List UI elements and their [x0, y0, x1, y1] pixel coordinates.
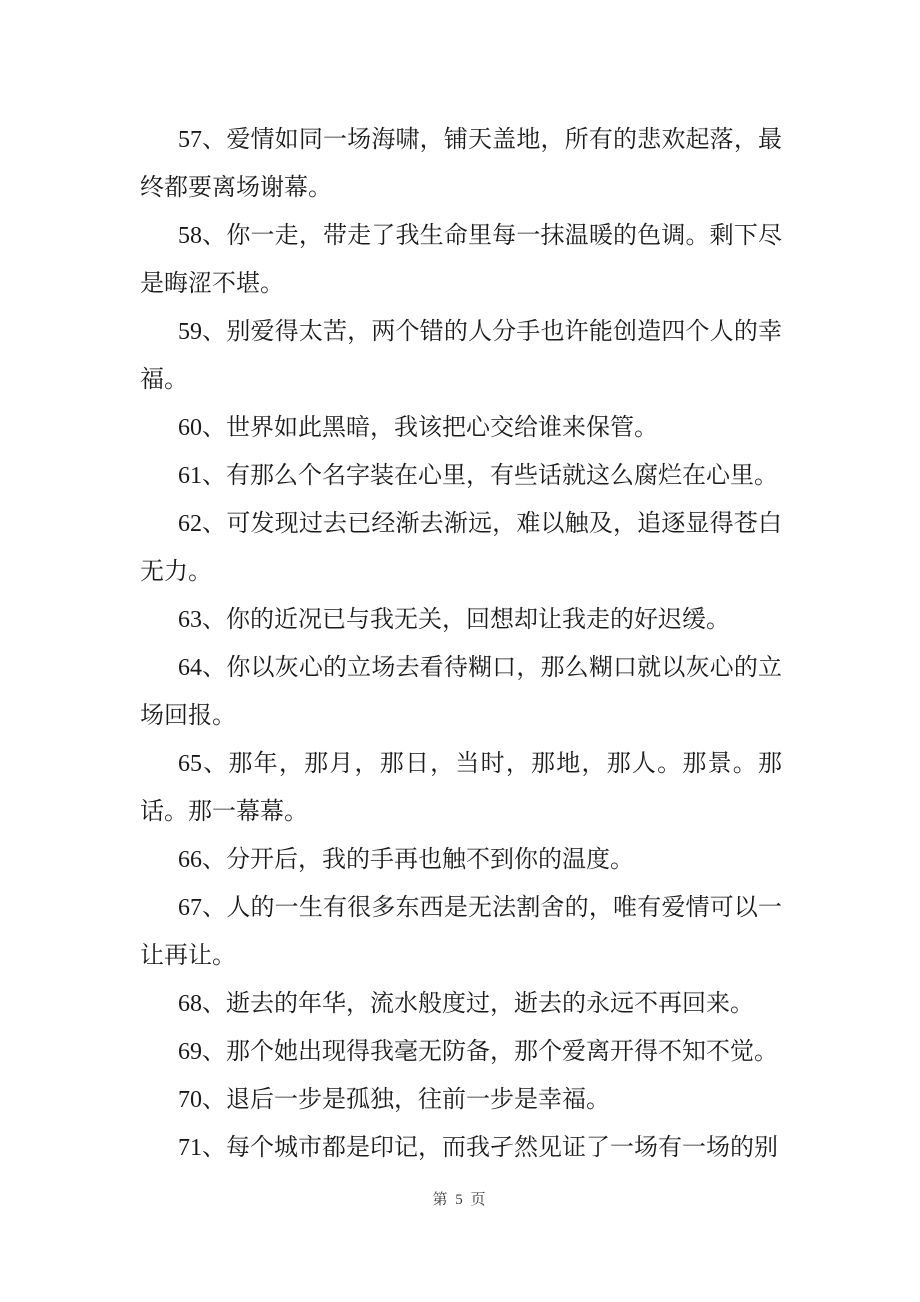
- quote-paragraph-71: 71、每个城市都是印记，而我孑然见证了一场有一场的别: [140, 1124, 782, 1172]
- quote-paragraph-67: 67、人的一生有很多东西是无法割舍的，唯有爱情可以一让再让。: [140, 884, 782, 980]
- quote-paragraph-65: 65、那年，那月，那日，当时，那地，那人。那景。那话。那一幕幕。: [140, 740, 782, 836]
- quote-paragraph-61: 61、有那么个名字装在心里，有些话就这么腐烂在心里。: [140, 452, 782, 500]
- quote-paragraph-64: 64、你以灰心的立场去看待糊口，那么糊口就以灰心的立场回报。: [140, 644, 782, 740]
- document-body: 57、爱情如同一场海啸，铺天盖地，所有的悲欢起落，最终都要离场谢幕。 58、你一…: [140, 116, 782, 1172]
- quote-paragraph-68: 68、逝去的年华，流水般度过，逝去的永远不再回来。: [140, 980, 782, 1028]
- page-number-label: 第 5 页: [432, 1192, 487, 1208]
- page-footer: 第 5 页: [0, 1190, 920, 1210]
- quote-paragraph-62: 62、可发现过去已经渐去渐远，难以触及，追逐显得苍白无力。: [140, 500, 782, 596]
- document-page: 57、爱情如同一场海啸，铺天盖地，所有的悲欢起落，最终都要离场谢幕。 58、你一…: [0, 0, 920, 1302]
- quote-paragraph-70: 70、退后一步是孤独，往前一步是幸福。: [140, 1076, 782, 1124]
- quote-paragraph-66: 66、分开后，我的手再也触不到你的温度。: [140, 836, 782, 884]
- quote-paragraph-69: 69、那个她出现得我毫无防备，那个爱离开得不知不觉。: [140, 1028, 782, 1076]
- quote-paragraph-58: 58、你一走，带走了我生命里每一抹温暖的色调。剩下尽是晦涩不堪。: [140, 212, 782, 308]
- quote-paragraph-60: 60、世界如此黑暗，我该把心交给谁来保管。: [140, 404, 782, 452]
- quote-paragraph-63: 63、你的近况已与我无关，回想却让我走的好迟缓。: [140, 596, 782, 644]
- quote-paragraph-57: 57、爱情如同一场海啸，铺天盖地，所有的悲欢起落，最终都要离场谢幕。: [140, 116, 782, 212]
- quote-paragraph-59: 59、别爱得太苦，两个错的人分手也许能创造四个人的幸福。: [140, 308, 782, 404]
